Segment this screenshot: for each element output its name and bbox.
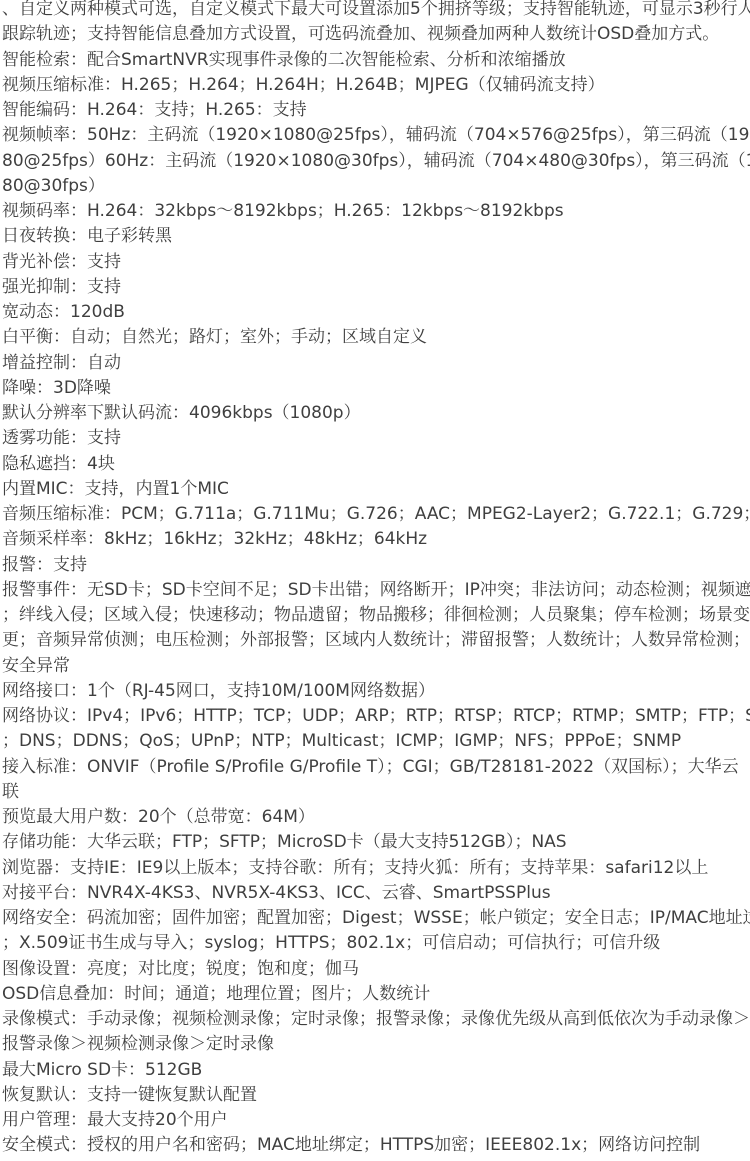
spec-line: 音频采样率：8kHz；16kHz；32kHz；48kHz；64kHz — [2, 527, 750, 552]
spec-document: 、自定义两种模式可选，自定义模式下最大可设置添加5个拥挤等级；支持智能轨迹，可显… — [2, 0, 750, 1159]
spec-line: 80@30fps） — [2, 174, 750, 199]
spec-line: 背光补偿：支持 — [2, 250, 750, 275]
spec-line: 视频帧率：50Hz：主码流（1920×1080@25fps），辅码流（704×5… — [2, 123, 750, 148]
spec-line: 预览最大用户数：20个（总带宽：64M） — [2, 805, 750, 830]
spec-line: OSD信息叠加：时间；通道；地理位置；图片；人数统计 — [2, 982, 750, 1007]
spec-line: 恢复默认：支持一键恢复默认配置 — [2, 1083, 750, 1108]
spec-line: 录像模式：手动录像；视频检测录像；定时录像；报警录像；录像优先级从高到低依次为手… — [2, 1007, 750, 1032]
spec-line: 强光抑制：支持 — [2, 275, 750, 300]
spec-line: 联 — [2, 780, 750, 805]
spec-line: 存储功能：大华云联；FTP；SFTP；MicroSD卡（最大支持512GB）；N… — [2, 830, 750, 855]
spec-line: 图像设置：亮度；对比度；锐度；饱和度；伽马 — [2, 957, 750, 982]
spec-line: 降噪：3D降噪 — [2, 376, 750, 401]
spec-line: 视频压缩标准：H.265；H.264；H.264H；H.264B；MJPEG（仅… — [2, 73, 750, 98]
spec-line: 安全模式：授权的用户名和密码；MAC地址绑定；HTTPS加密；IEEE802.1… — [2, 1133, 750, 1158]
spec-line: 隐私遮挡：4块 — [2, 452, 750, 477]
spec-line: 网络协议：IPv4；IPv6；HTTP；TCP；UDP；ARP；RTP；RTSP… — [2, 704, 750, 729]
spec-line: 用户管理：最大支持20个用户 — [2, 1108, 750, 1133]
spec-line: 白平衡：自动；自然光；路灯；室外；手动；区域自定义 — [2, 325, 750, 350]
spec-line: 安全异常 — [2, 654, 750, 679]
spec-line: 内置MIC：支持，内置1个MIC — [2, 477, 750, 502]
spec-line: 音频压缩标准：PCM；G.711a；G.711Mu；G.726；AAC；MPEG… — [2, 502, 750, 527]
spec-line: 透雾功能：支持 — [2, 426, 750, 451]
spec-line: 跟踪轨迹；支持智能信息叠加方式设置，可选码流叠加、视频叠加两种人数统计OSD叠加… — [2, 22, 750, 47]
spec-line: ；X.509证书生成与导入；syslog；HTTPS；802.1x；可信启动；可… — [2, 931, 750, 956]
spec-line: 宽动态：120dB — [2, 300, 750, 325]
spec-line: 网络接口：1个（RJ-45网口，支持10M/100M网络数据） — [2, 679, 750, 704]
spec-line: 报警：支持 — [2, 553, 750, 578]
spec-line: 报警事件：无SD卡；SD卡空间不足；SD卡出错；网络断开；IP冲突；非法访问；动… — [2, 578, 750, 603]
spec-line: 对接平台：NVR4X-4KS3、NVR5X-4KS3、ICC、云睿、SmartP… — [2, 881, 750, 906]
spec-line: 浏览器：支持IE：IE9以上版本；支持谷歌：所有；支持火狐：所有；支持苹果：sa… — [2, 856, 750, 881]
spec-line: 接入标准：ONVIF（Profile S/Profile G/Profile T… — [2, 755, 750, 780]
spec-line: 80@25fps）60Hz：主码流（1920×1080@30fps），辅码流（7… — [2, 149, 750, 174]
spec-line: ；绊线入侵；区域入侵；快速移动；物品遗留；物品搬移；徘徊检测；人员聚集；停车检测… — [2, 603, 750, 628]
spec-line: 更；音频异常侦测；电压检测；外部报警；区域内人数统计；滞留报警；人数统计；人数异… — [2, 628, 750, 653]
spec-line: 最大Micro SD卡：512GB — [2, 1058, 750, 1083]
spec-line: 视频码率：H.264：32kbps～8192kbps；H.265：12kbps～… — [2, 199, 750, 224]
spec-line: 默认分辨率下默认码流：4096kbps（1080p） — [2, 401, 750, 426]
spec-line: 智能编码：H.264：支持；H.265：支持 — [2, 98, 750, 123]
spec-line: 日夜转换：电子彩转黑 — [2, 224, 750, 249]
spec-line: 、自定义两种模式可选，自定义模式下最大可设置添加5个拥挤等级；支持智能轨迹，可显… — [2, 0, 750, 22]
spec-line: 增益控制：自动 — [2, 351, 750, 376]
spec-line: 智能检索：配合SmartNVR实现事件录像的二次智能检索、分析和浓缩播放 — [2, 48, 750, 73]
spec-line: 报警录像＞视频检测录像＞定时录像 — [2, 1032, 750, 1057]
spec-line: ；DNS；DDNS；QoS；UPnP；NTP；Multicast；ICMP；IG… — [2, 729, 750, 754]
spec-line: 网络安全：码流加密；固件加密；配置加密；Digest；WSSE；帐户锁定；安全日… — [2, 906, 750, 931]
